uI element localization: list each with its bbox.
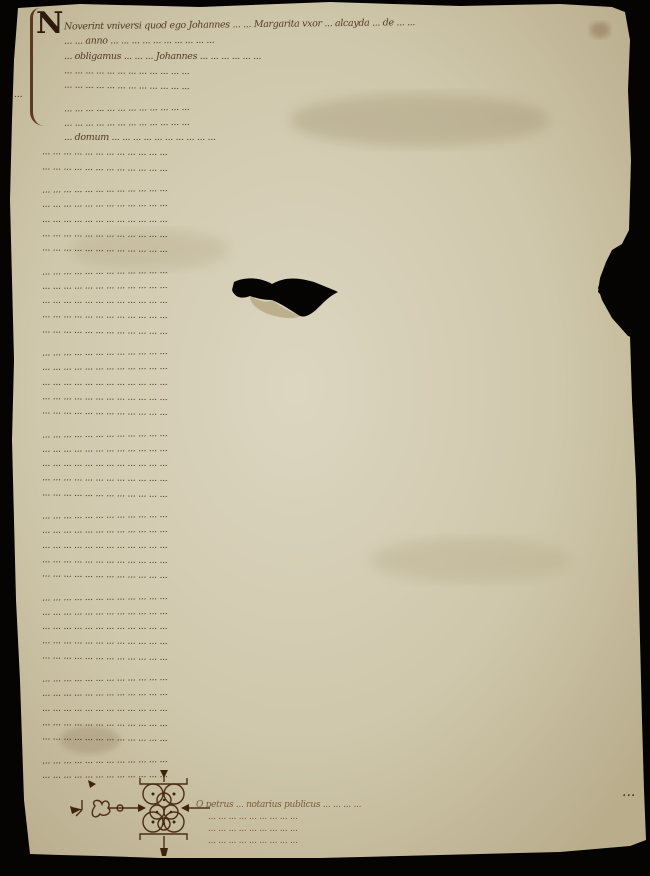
manuscript-line: ... ... ... ... ... ... ... ... ... ... … [42,293,627,309]
manuscript-line: ... ... ... ... ... ... ... ... ... ... … [42,456,627,472]
manuscript-line: ... ... ... ... ... ... ... ... ... ... … [42,619,627,635]
manuscript-line: ... ... ... ... ... ... ... ... ... ... … [42,357,627,377]
manuscript-line: ... ... anno ... ... ... ... ... ... ...… [64,31,624,50]
manuscript-line: ... ... ... ... ... ... ... ... ... ... … [42,538,627,554]
manuscript-body: Noverint vniversi quod ego Johannes ... … [42,12,622,772]
manuscript-line: ... ... ... ... ... ... ... ... ... ... … [42,438,627,458]
document-scan: N Noverint vniversi quod ego Johannes ..… [0,0,650,876]
manuscript-line: ... ... ... ... ... ... ... ... ... ... … [64,112,624,131]
manuscript-line: ... ... ... ... ... ... ... ... ... ... … [42,701,627,717]
manuscript-line: ... domum ... ... ... ... ... ... ... ..… [64,130,624,146]
notary-subscription-line: ... ... ... ... ... ... ... ... ... [208,834,628,848]
manuscript-line: ... ... ... ... ... ... ... ... ... ... … [42,212,627,228]
manuscript-line: ... ... ... ... ... ... ... ... ... ... … [42,520,627,540]
manuscript-line: ... ... ... ... ... ... ... ... ... ... … [42,194,627,214]
manuscript-line: ... obligamus ... ... ... Johannes ... .… [64,49,624,65]
manuscript-line: ... ... ... ... ... ... ... ... ... ... … [42,375,627,391]
margin-note-left: ... [14,90,23,100]
manuscript-line: ... ... ... ... ... ... ... ... ... ... … [42,275,627,295]
manuscript-line: ... ... ... ... ... ... ... ... ... ... … [42,601,627,621]
manuscript-line: ... ... ... ... ... ... ... ... ... ... … [42,683,627,703]
margin-note-bottom-right: ... [622,784,635,800]
notary-signum-icon [60,770,210,870]
